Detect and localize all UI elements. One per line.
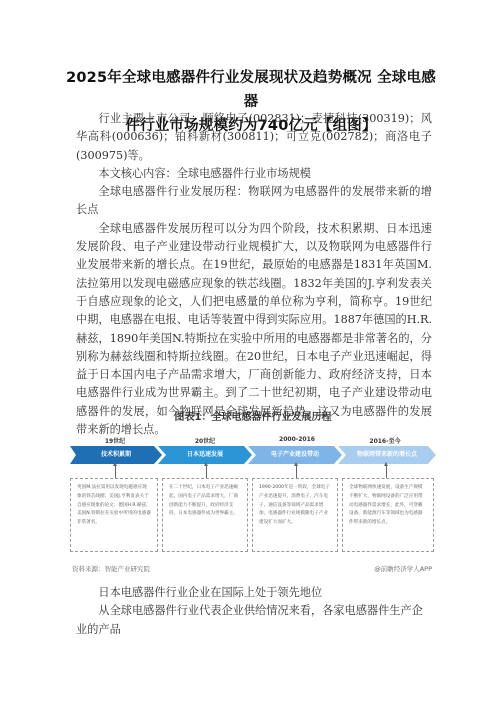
figure-title: 图表1：全球电感器件行业发展历程 <box>70 408 436 423</box>
stage-card-3: 1990-2000年是一阶段，全球电子产业迅速提升，消费电子、汽车电子、通信设备… <box>252 478 338 552</box>
supply-paragraph: 从全球电感器件行业代表企业供给情况来看，各家电感器件生产企业的产品 <box>76 602 432 639</box>
history-paragraph: 全球电感器件发展历程可以分为四个阶段，技术积累期、日本迅速发展阶段、电子产业建设… <box>76 220 432 440</box>
title-line-1: 2025年全球电感器件行业发展现状及趋势概况 全球电感器 <box>66 66 436 114</box>
core-content-paragraph: 本文核心内容：全球电感器件行业市场规模 <box>76 165 432 183</box>
figure-source: 资料来源：智能产业研究院 <box>72 564 150 573</box>
stage-era-3: 2000-2016 <box>254 436 340 443</box>
article-body: 行业主要上市公司：顺络电子(002831)；麦捷科技(300319)；风华高科(… <box>76 110 432 439</box>
stage-era-4: 2016-至今 <box>342 436 428 445</box>
document-page: 2025年全球电感器件行业发展现状及趋势概况 全球电感器 件行业市场规模约为74… <box>0 0 496 701</box>
listed-companies-paragraph: 行业主要上市公司：顺络电子(002831)；麦捷科技(300319)；风华高科(… <box>76 110 432 165</box>
stage-card-4: 全球物联网快速发展，设备生产规模不断扩大，物联网设备的广泛应用带动电感器件需求增… <box>342 478 434 552</box>
section-heading-history: 全球电感器件行业发展历程：物联网为电感器件的发展带来新的增长点 <box>76 183 432 220</box>
timeline-figure: 图表1：全球电感器件行业发展历程 19世纪 技术积累期 英国M.法拉第用以发现电… <box>70 408 436 576</box>
stage-card-2: 在二十世纪，日本电子产业迅速崛起，国内电子产品需求增大，厂商创新能力不断提升，政… <box>162 478 248 552</box>
section-heading-japan: 日本电感器件行业企业在国际上处于领先地位 <box>76 584 432 602</box>
figure-watermark: @前瞻经济学人APP <box>374 564 432 573</box>
connector-arrow-icon <box>115 464 116 478</box>
connector-arrow-icon <box>296 464 297 478</box>
article-body-continued: 日本电感器件行业企业在国际上处于领先地位 从全球电感器件行业代表企业供给情况来看… <box>76 584 432 639</box>
connector-arrow-icon <box>206 464 207 478</box>
stage-era-1: 19世纪 <box>72 436 158 445</box>
stage-era-2: 20世纪 <box>162 436 248 445</box>
stage-card-1: 英国M.法拉第用以发现电磁感应现象的铁芯线圈；美国J.亨利发表关于自感应现象的论… <box>70 478 158 552</box>
connector-arrow-icon <box>386 464 387 478</box>
